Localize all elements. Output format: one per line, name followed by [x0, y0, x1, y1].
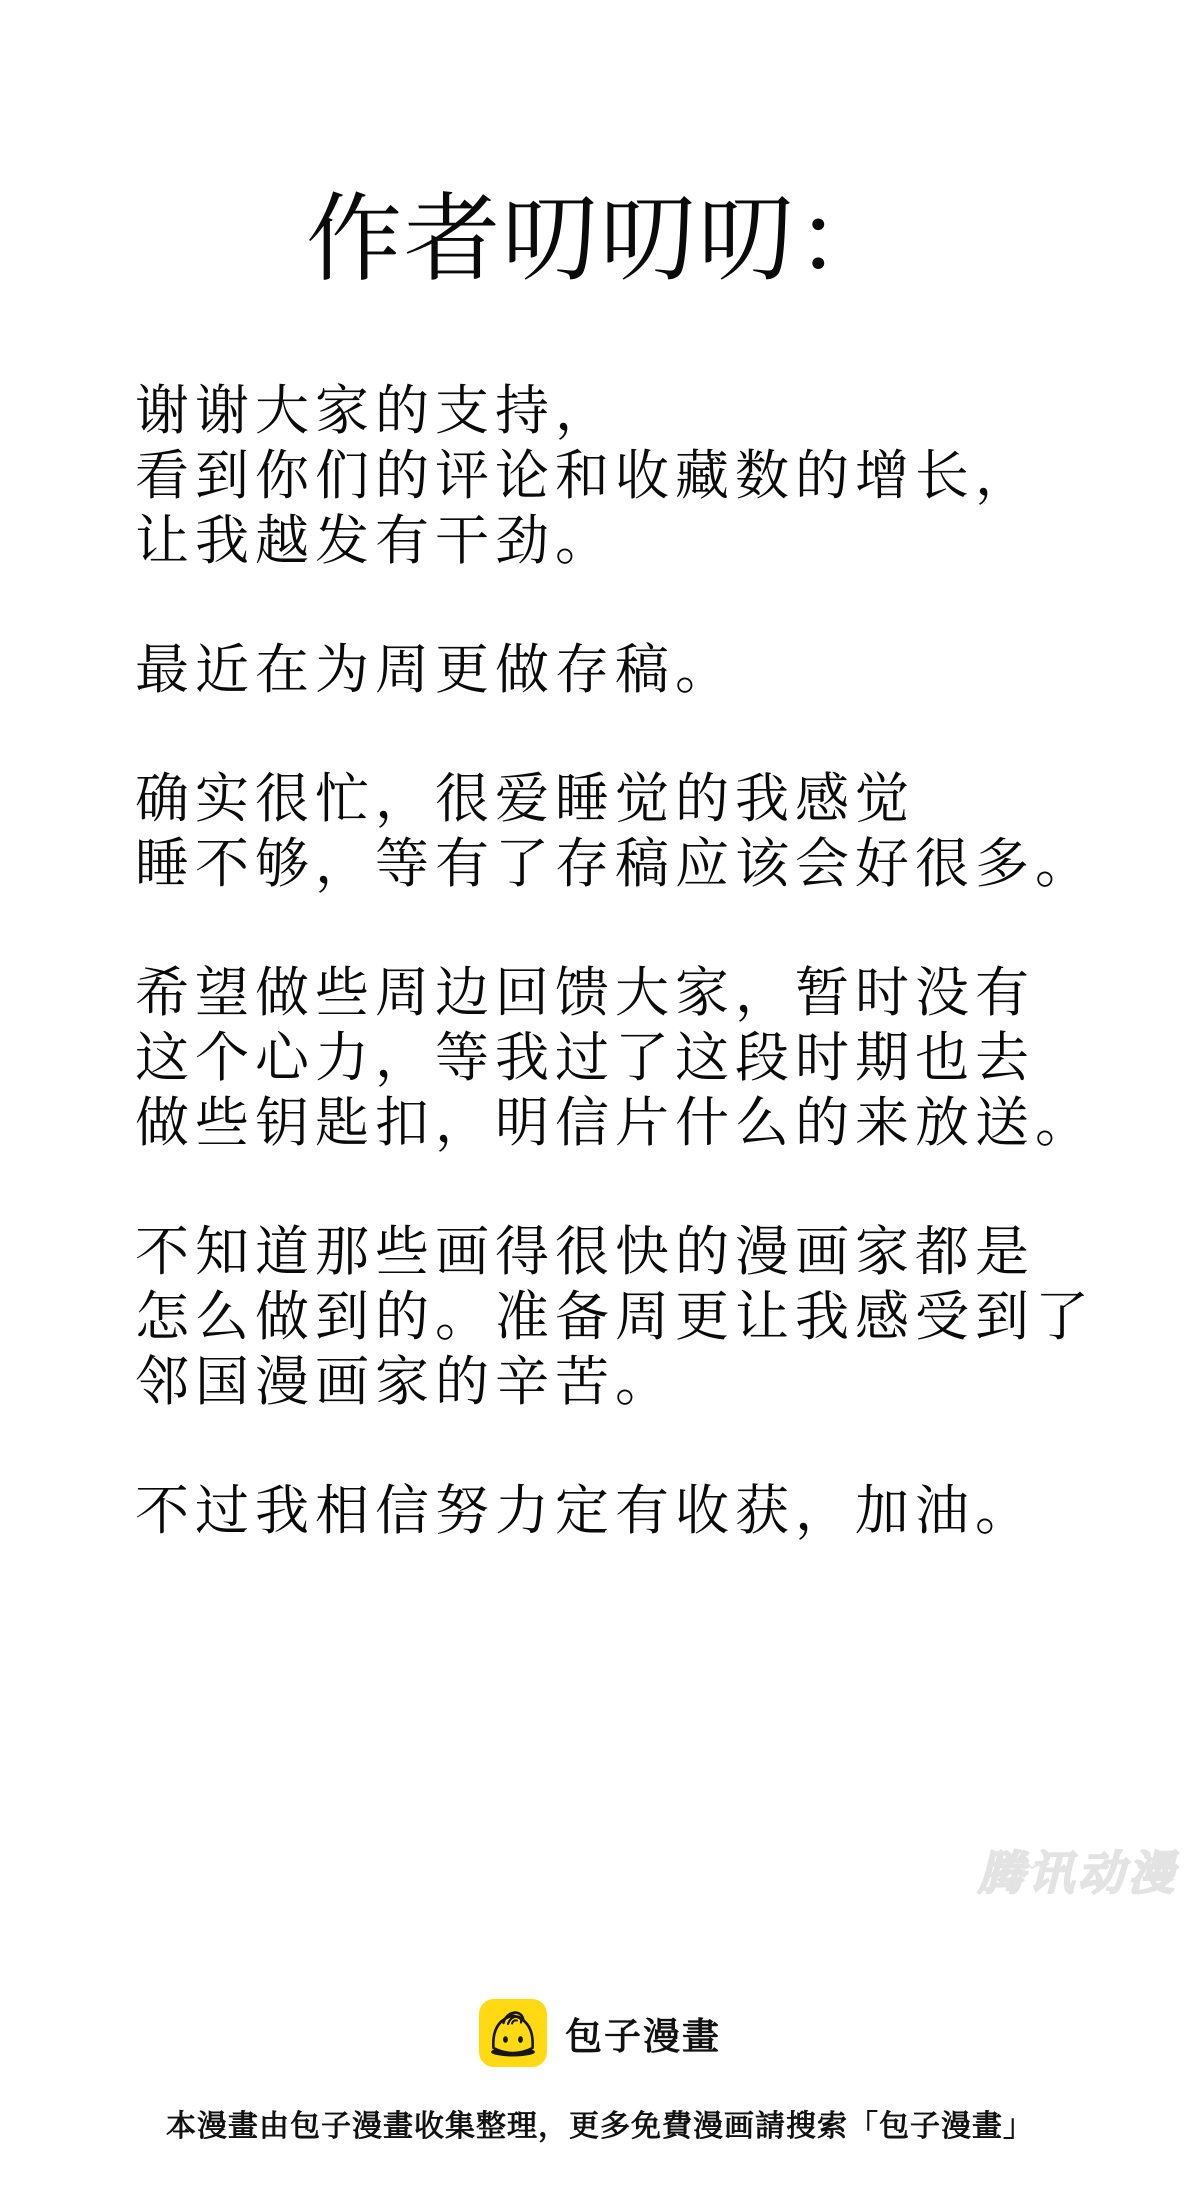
tencent-comics-watermark: 腾讯动漫 — [978, 1846, 1178, 1901]
paragraph-weekly-buffer: 最近在为周更做存稿。 — [135, 638, 1095, 703]
brand-name: 包子漫畫 — [565, 2006, 721, 2060]
text-line: 谢谢大家的支持， — [135, 379, 1095, 444]
page-title: 作者叨叨叨： — [0, 163, 1200, 300]
comic-author-note-page: { "content": { "title": "作者叨叨叨：", "parag… — [0, 0, 1200, 2210]
watermark-text: 腾讯动漫 — [978, 1847, 1178, 1899]
footer-notice: 本漫畫由包子漫畫收集整理，更多免費漫画請搜索「包子漫畫」 — [0, 2101, 1200, 2145]
author-note-body: 谢谢大家的支持， 看到你们的评论和收藏数的增长， 让我越发有干劲。 最近在为周更… — [135, 379, 1095, 1544]
paragraph-busy-sleep: 确实很忙，很爱睡觉的我感觉 睡不够，等有了存稿应该会好很多。 — [135, 767, 1095, 897]
paragraph-merch-plans: 希望做些周边回馈大家，暂时没有 这个心力，等我过了这段时期也去 做些钥匙扣，明信… — [135, 961, 1095, 1156]
watermark-mascot-icon — [1020, 1834, 1046, 1889]
text-line: 最近在为周更做存稿。 — [135, 638, 1095, 703]
text-line: 不知道那些画得很快的漫画家都是 — [135, 1220, 1095, 1285]
paragraph-fast-artists: 不知道那些画得很快的漫画家都是 怎么做到的。准备周更让我感受到了 邻国漫画家的辛… — [135, 1220, 1095, 1415]
text-line: 确实很忙，很爱睡觉的我感觉 — [135, 767, 1095, 832]
text-line: 睡不够，等有了存稿应该会好很多。 — [135, 832, 1095, 897]
baozi-bun-icon — [479, 1999, 547, 2067]
text-line: 让我越发有干劲。 — [135, 509, 1095, 574]
text-line: 做些钥匙扣，明信片什么的来放送。 — [135, 1091, 1095, 1156]
paragraph-encouragement: 不过我相信努力定有收获，加油。 — [135, 1479, 1095, 1544]
baozi-brand-lockup: 包子漫畫 — [0, 1999, 1200, 2067]
text-line: 看到你们的评论和收藏数的增长， — [135, 444, 1095, 509]
paragraph-thanks: 谢谢大家的支持， 看到你们的评论和收藏数的增长， 让我越发有干劲。 — [135, 379, 1095, 574]
text-line: 不过我相信努力定有收获，加油。 — [135, 1479, 1095, 1544]
text-line: 这个心力，等我过了这段时期也去 — [135, 1026, 1095, 1091]
text-line: 希望做些周边回馈大家，暂时没有 — [135, 961, 1095, 1026]
text-line: 邻国漫画家的辛苦。 — [135, 1350, 1095, 1415]
text-line: 怎么做到的。准备周更让我感受到了 — [135, 1285, 1095, 1350]
